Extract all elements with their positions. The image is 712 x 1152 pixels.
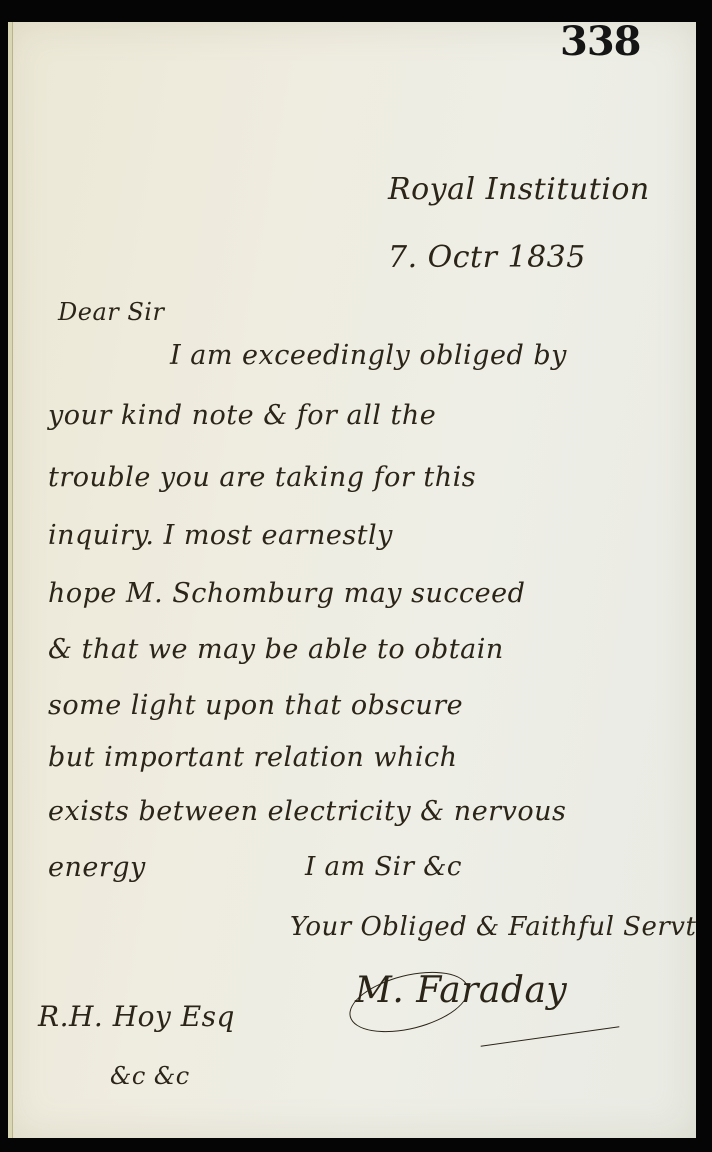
body-line: some light upon that obscure [48,690,463,721]
body-line: trouble you are taking for this [48,462,476,493]
signature: M. Faraday [355,970,567,1011]
closing-line: Your Obliged & Faithful Servt [290,912,696,942]
closing-line: I am Sir &c [305,852,462,882]
body-line: exists between electricity & nervous [48,796,566,827]
body-line: your kind note & for all the [48,400,436,431]
folio-number: 338 [560,22,641,62]
salutation: Dear Sir [58,298,164,326]
sender-address: Royal Institution [388,172,650,207]
body-line: I am exceedingly obliged by [170,340,567,371]
recipient-suffix: &c &c [110,1062,190,1090]
recipient-name: R.H. Hoy Esq [38,1000,235,1033]
body-line: & that we may be able to obtain [48,634,504,665]
body-line: energy [48,852,146,883]
body-line: hope M. Schomburg may succeed [48,578,525,609]
letter-date: 7. Octr 1835 [388,240,586,275]
body-line: but important relation which [48,742,458,773]
body-line: inquiry. I most earnestly [48,520,393,551]
page-binding-edge [8,22,13,1138]
